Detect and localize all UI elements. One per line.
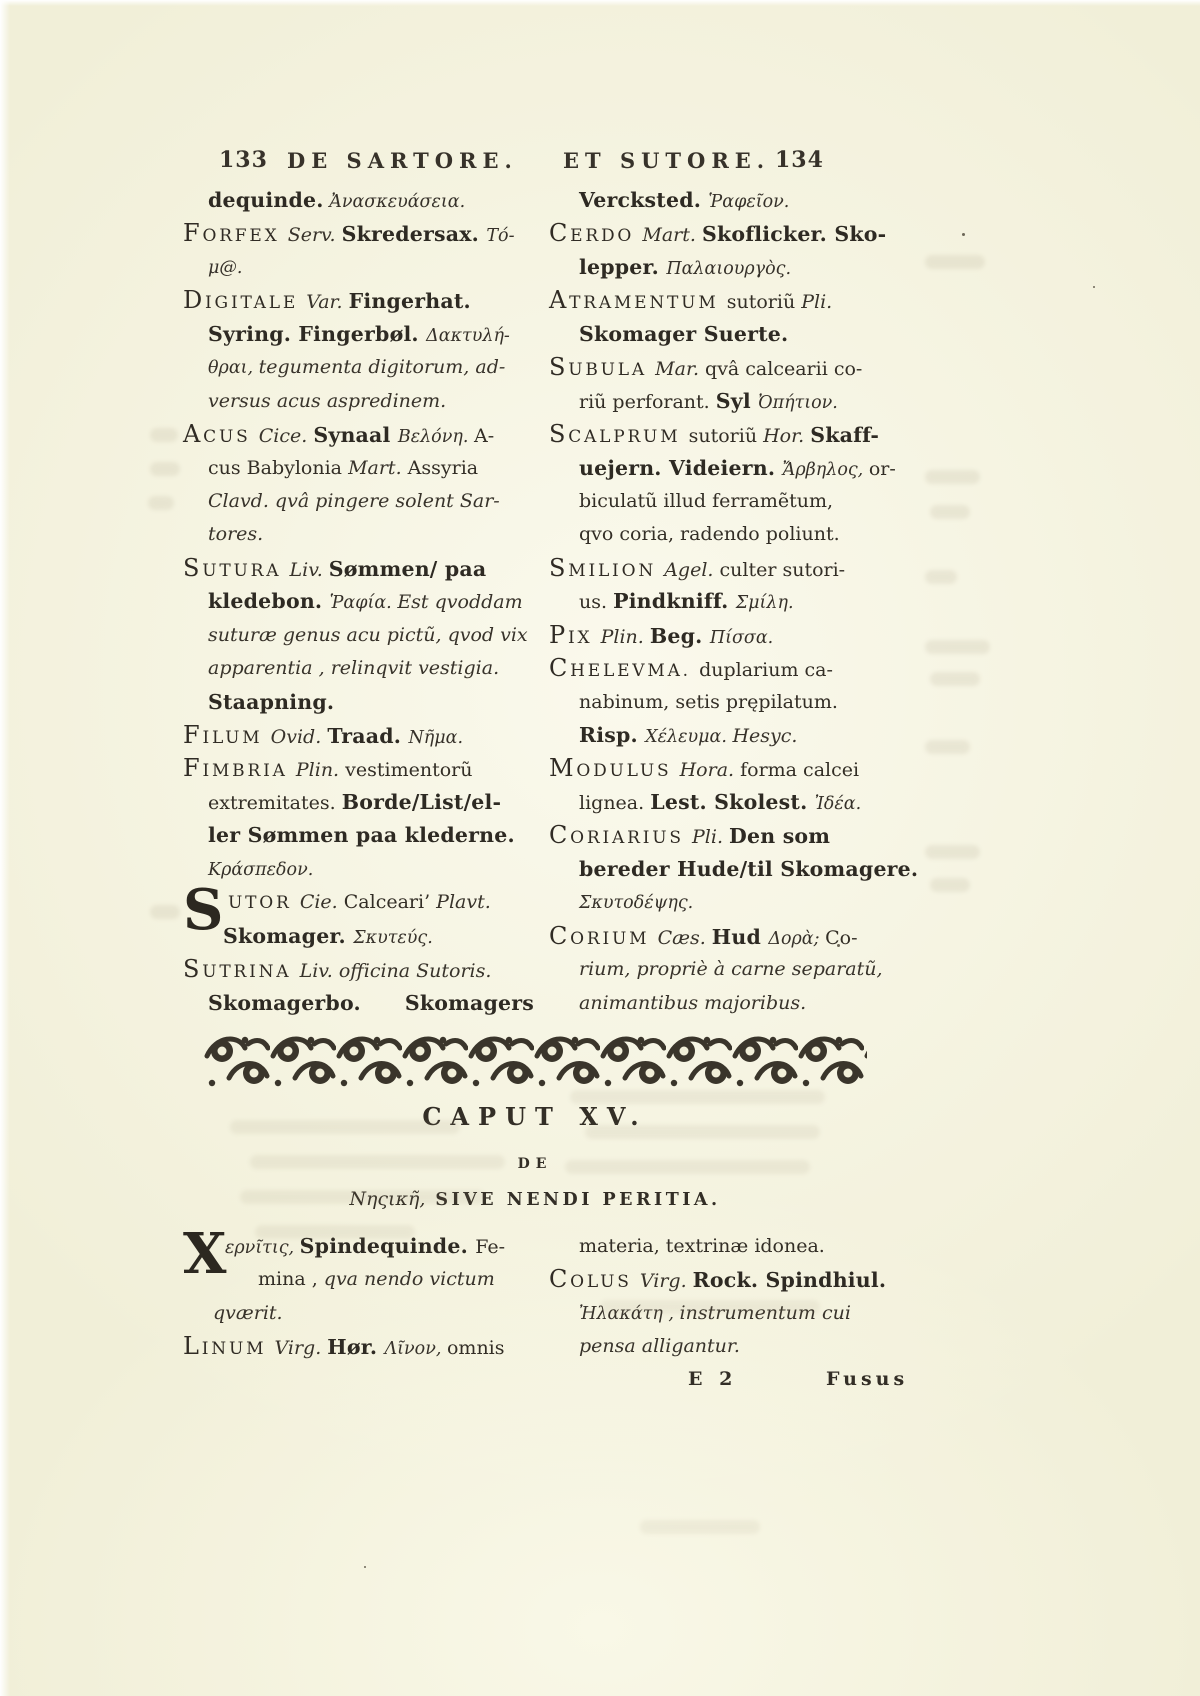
running-title-left: DE SARTORE. bbox=[287, 148, 518, 173]
text-line: us. Pindkniff. Σμίλη. bbox=[549, 585, 934, 618]
bleedthrough-smudge bbox=[600, 1300, 820, 1314]
text-line: Skomager Suerte. bbox=[549, 318, 934, 351]
bleedthrough-smudge bbox=[925, 470, 980, 484]
bleedthrough-smudge bbox=[930, 672, 980, 686]
text-line: SMILION Agel. culter sutori- bbox=[549, 552, 934, 585]
text-line: riũ perforant. Syl Ὀπήτιον. bbox=[549, 385, 934, 418]
text-line: apparentia , relinqvit vestigia. bbox=[183, 652, 523, 685]
bleedthrough-smudge bbox=[240, 1190, 485, 1204]
running-title-right: ET SUTORE. bbox=[563, 148, 770, 173]
bleedthrough-smudge bbox=[925, 640, 990, 654]
text-line: PIX Plin. Beg. Πίσσα. bbox=[549, 619, 934, 652]
catchword: Fusus bbox=[826, 1368, 908, 1390]
text-line: kledebon. Ῥαφία. Est qvoddam bbox=[183, 585, 523, 618]
text-line: biculatũ illud ferramẽtum, bbox=[549, 485, 934, 518]
text-line: FIMBRIA Plin. vestimentorũ bbox=[183, 752, 523, 785]
text-line: animantibus majoribus. bbox=[549, 987, 934, 1020]
bleedthrough-smudge bbox=[930, 505, 970, 519]
text-line: DIGITALE Var. Fingerhat. bbox=[183, 284, 523, 317]
text-line: ler Sømmen paa klederne. bbox=[183, 819, 523, 852]
bleedthrough-smudge bbox=[150, 428, 178, 442]
bleedthrough-smudge bbox=[255, 1225, 415, 1239]
text-line: mina , qva nendo victum bbox=[183, 1263, 533, 1296]
text-line: versus acus aspredinem. bbox=[183, 385, 523, 418]
bleedthrough-smudge bbox=[930, 878, 970, 892]
text-line: SUTURA Liv. Sømmen/ paa bbox=[183, 552, 523, 585]
text-line: SUBULA Mar. qvâ calcearii co- bbox=[549, 351, 934, 384]
bleedthrough-smudge bbox=[150, 905, 180, 919]
text-line: qvo coria, radendo poliunt. bbox=[549, 518, 934, 551]
scan-edge-top bbox=[0, 0, 1200, 6]
text-line: materia, textrinæ idonea. bbox=[549, 1230, 934, 1263]
text-line: SUTRINA Liv. officina Sutoris. bbox=[183, 953, 523, 986]
text-line: FILUM Ovid. Traad. Νῆμα. bbox=[183, 719, 523, 752]
bleedthrough-smudge bbox=[250, 1155, 505, 1169]
text-line: ACUS Cice. Synaal Βελόνη. A- bbox=[183, 418, 523, 451]
text-line: FORFEX Serv. Skredersax. Τό- bbox=[183, 217, 523, 250]
bleedthrough-smudge bbox=[925, 570, 957, 584]
column-left-bottom: Xερνῖτις, Spindequinde. Fe-mina , qva ne… bbox=[183, 1230, 533, 1364]
column-right-bottom: materia, textrinæ idonea.COLUS Virg. Roc… bbox=[549, 1230, 934, 1364]
ink-speck bbox=[962, 233, 965, 236]
ornament-band bbox=[204, 1032, 867, 1092]
text-line: SUTOR Cie. Calceari’ Plavt. bbox=[183, 886, 523, 919]
bleedthrough-smudge bbox=[925, 255, 985, 269]
text-line: Risp. Χέλευμα. Hesyc. bbox=[549, 719, 934, 752]
ink-speck bbox=[1093, 286, 1095, 288]
text-line: pensa alligantur. bbox=[549, 1330, 934, 1363]
text-line: Staapning. bbox=[183, 686, 523, 719]
text-line: cus Babylonia Mart. Assyria bbox=[183, 452, 523, 485]
text-line: Vercksted. Ῥαφεῖον. bbox=[549, 184, 934, 217]
text-line: lignea. Lest. Skolest. Ἰδέα. bbox=[549, 786, 934, 819]
bleedthrough-smudge bbox=[150, 462, 180, 476]
text-line: CHELEVMA. duplarium ca- bbox=[549, 652, 934, 685]
text-line: extremitates. Borde/List/el- bbox=[183, 786, 523, 819]
text-line: CORIUM Cæs. Hud Δορὰ; Co- bbox=[549, 920, 934, 953]
text-line: qværit. bbox=[183, 1297, 533, 1330]
text-line: bereder Hude/til Skomagere. bbox=[549, 853, 934, 886]
text-line: Skomager. Σκυτεύς. bbox=[183, 920, 523, 953]
bleedthrough-smudge bbox=[230, 1120, 460, 1134]
bleedthrough-smudge bbox=[925, 740, 970, 754]
text-line: uejern. Videiern. Ἄρβηλος, or- bbox=[549, 452, 934, 485]
text-line: MODULUS Hora. forma calcei bbox=[549, 752, 934, 785]
text-line: rium, propriè à carne separatũ, bbox=[549, 953, 934, 986]
text-line: Skomagerbo. Skomagers bbox=[183, 987, 523, 1020]
book-page-scan: 133 DE SARTORE. ET SUTORE. 134 dequinde.… bbox=[0, 0, 1200, 1696]
text-line: θραι, tegumenta digitorum, ad- bbox=[183, 351, 523, 384]
page-number-left: 133 bbox=[219, 147, 268, 173]
bleedthrough-smudge bbox=[570, 1090, 825, 1104]
text-line: LINUM Virg. Hør. Λῖνον, omnis bbox=[183, 1330, 533, 1363]
column-left-top: dequinde. Ἀνασκευάσεια.FORFEX Serv. Skre… bbox=[183, 184, 523, 1020]
text-line: μ@. bbox=[183, 251, 523, 284]
text-line: CORIARIUS Pli. Den som bbox=[549, 819, 934, 852]
text-line: tores. bbox=[183, 518, 523, 551]
bleedthrough-smudge bbox=[925, 845, 980, 859]
page-number-right: 134 bbox=[775, 147, 824, 173]
text-line: Κράσπεδον. bbox=[183, 853, 523, 886]
text-line: Σκυτοδέψης. bbox=[549, 886, 934, 919]
bleedthrough-smudge bbox=[565, 1160, 810, 1174]
text-line: lepper. Παλαιουργὸς. bbox=[549, 251, 934, 284]
text-line: dequinde. Ἀνασκευάσεια. bbox=[183, 184, 523, 217]
column-right-top: Vercksted. Ῥαφεῖον.CERDO Mart. Skoflicke… bbox=[549, 184, 934, 1020]
signature-mark: E 2 bbox=[688, 1368, 737, 1390]
text-line: CERDO Mart. Skoflicker. Sko- bbox=[549, 217, 934, 250]
bleedthrough-smudge bbox=[585, 1125, 820, 1139]
text-line: SCALPRUM sutoriũ Hor. Skaff- bbox=[549, 418, 934, 451]
text-line: Syring. Fingerbøl. Δακτυλή- bbox=[183, 318, 523, 351]
text-line: COLUS Virg. Rock. Spindhiul. bbox=[549, 1263, 934, 1296]
ink-speck bbox=[364, 1566, 366, 1568]
bleedthrough-smudge bbox=[148, 496, 174, 510]
text-line: suturæ genus acu pictũ, qvod vix bbox=[183, 619, 523, 652]
bleedthrough-smudge bbox=[640, 1520, 760, 1534]
text-line: ATRAMENTUM sutoriũ Pli. bbox=[549, 284, 934, 317]
scan-edge-left bbox=[0, 0, 10, 1696]
text-line: nabinum, setis prępilatum. bbox=[549, 686, 934, 719]
text-line: Clavd. qvâ pingere solent Sar- bbox=[183, 485, 523, 518]
ink-speck bbox=[837, 944, 840, 947]
